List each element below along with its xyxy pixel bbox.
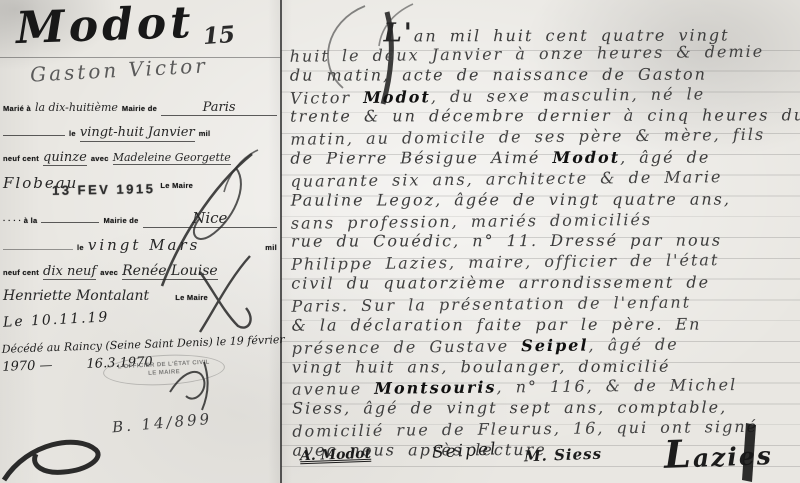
- handwritten-city: Nice: [143, 210, 277, 228]
- act-line: huit le deux Janvier à onze heures & dem…: [290, 41, 800, 67]
- act-line-segment-bold: Modot: [552, 148, 620, 167]
- reference-number: B. 14/899: [112, 412, 213, 436]
- printed-le-maire: Le Maire: [160, 181, 193, 192]
- printed-label: neuf cent: [3, 154, 39, 165]
- handwritten-district: la dix-huitième: [35, 102, 118, 114]
- act-line: Pauline Legoz, âgée de vingt quatre ans,: [291, 189, 800, 211]
- birth-act-text: L'an mil huit cent quatre vingt huit le …: [289, 21, 800, 462]
- act-line-segment: , âgé de: [620, 148, 710, 167]
- signature-witness-siess: M. Siess: [524, 445, 603, 466]
- signature-officer: Lazies: [663, 428, 773, 477]
- handwritten-city: Paris: [161, 101, 277, 116]
- act-line: du matin, acte de naissance de Gaston: [290, 64, 800, 86]
- record-number: 15: [202, 23, 236, 48]
- date-stamp: 13 FEV 1915: [52, 182, 156, 197]
- margin-divider-line: [280, 0, 282, 483]
- printed-label: Marié à: [3, 104, 31, 115]
- death-note-year: 1970 —: [2, 357, 53, 377]
- act-line: quarante six ans, architecte & de Marie: [290, 166, 800, 192]
- act-line-segment: , du sexe masculin, né le: [431, 84, 706, 106]
- act-line-segment-bold: Seipel: [521, 335, 588, 355]
- handwritten-date: vingt Mars: [88, 237, 201, 254]
- given-names: Gaston Victor: [30, 55, 209, 84]
- handwritten-record-date: Le 10.11.19: [3, 310, 110, 330]
- printed-label: avec: [91, 154, 109, 165]
- blank-line: [3, 125, 65, 136]
- printed-label: le: [77, 243, 84, 254]
- printed-label: Mairie de: [122, 104, 157, 115]
- blank-line: [3, 239, 73, 250]
- act-line-segment: , n° 116, & de Michel: [496, 375, 737, 397]
- act-line: présence de Gustave Seipel, âgé de: [292, 333, 800, 359]
- act-line-segment-bold: Montsouris: [374, 378, 496, 398]
- handwritten-spouse-surname: Henriette Montalant: [3, 289, 149, 304]
- stamp-text: LE MAIRE: [148, 369, 180, 378]
- marriage-nice-note: · · · · à la Mairie de Nice le vingt Mar…: [3, 210, 277, 328]
- next-entry-flourish: [0, 436, 150, 483]
- printed-label: mil: [265, 243, 277, 254]
- civil-register-page: Modot 15 Gaston Victor Marié à la dix-hu…: [0, 0, 800, 483]
- signature-witness-seipel: Seipel: [432, 439, 498, 462]
- surname-heading: Modot: [15, 0, 195, 53]
- printed-label: · · · · à la: [3, 216, 37, 227]
- act-line-segment: de Pierre Bésigue Aimé: [290, 148, 552, 168]
- act-line-segment: Victor: [290, 87, 363, 107]
- handwritten-date: vingt-huit Janvier: [80, 126, 195, 141]
- signature-declarant: A. Modot: [300, 446, 372, 464]
- act-line-segment: présence de Gustave: [292, 336, 522, 357]
- handwritten-spouse-given: Renée Louise: [122, 264, 218, 280]
- blank-line: [41, 212, 99, 223]
- handwritten-spouse-given: Madeleine Georgette: [113, 152, 231, 165]
- act-line-segment-bold: Modot: [363, 87, 431, 107]
- act-line: & la déclaration faite par le père. En: [292, 314, 800, 336]
- printed-label: Mairie de: [103, 216, 138, 227]
- act-line-segment: , âgé de: [588, 334, 678, 354]
- printed-label: neuf cent: [3, 268, 39, 279]
- printed-label: le: [69, 129, 76, 140]
- printed-le-maire: Le Maire: [175, 293, 208, 304]
- printed-label: avec: [100, 268, 118, 279]
- handwritten-year: quinze: [43, 151, 87, 166]
- printed-label: mil: [199, 129, 211, 140]
- act-line-segment: avenue: [292, 379, 374, 399]
- handwritten-year: dix neuf: [43, 265, 96, 280]
